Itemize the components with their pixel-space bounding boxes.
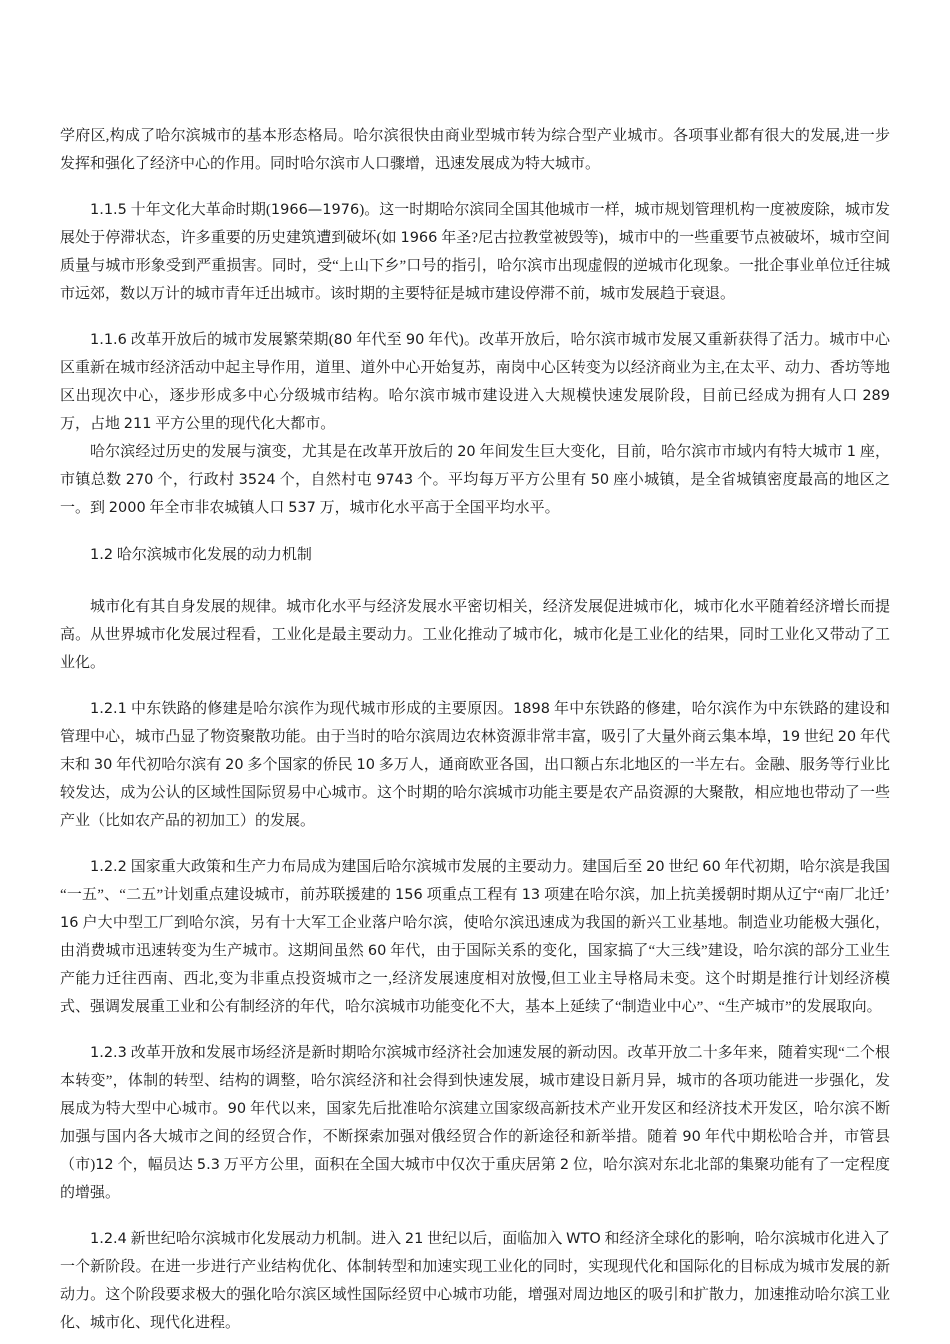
paragraph-1-2-2: 1.2.2 国家重大政策和生产力布局成为建国后哈尔滨城市发展的主要动力。建国后至… — [60, 853, 890, 1021]
paragraph-1-2-4: 1.2.4 新世纪哈尔滨城市化发展动力机制。进入 21 世纪以后，面临加入 WT… — [60, 1225, 890, 1337]
document-page: 学府区,构成了哈尔滨城市的基本形态格局。哈尔滨很快由商业型城市转为综合型产业城市… — [0, 0, 950, 1344]
paragraph-1-1-5: 1.1.5 十年文化大革命时期(1966—1976)。这一时期哈尔滨同全国其他城… — [60, 196, 890, 308]
paragraph-intro-continuation: 学府区,构成了哈尔滨城市的基本形态格局。哈尔滨很快由商业型城市转为综合型产业城市… — [60, 122, 890, 178]
paragraph-harbin-evolution: 哈尔滨经过历史的发展与演变，尤其是在改革开放后的 20 年间发生巨大变化，目前，… — [60, 438, 890, 522]
paragraph-urbanization-law: 城市化有其自身发展的规律。城市化水平与经济发展水平密切相关，经济发展促进城市化，… — [60, 593, 890, 677]
paragraph-1-2-3: 1.2.3 改革开放和发展市场经济是新时期哈尔滨城市经济社会加速发展的新动因。改… — [60, 1039, 890, 1207]
paragraph-1-1-6: 1.1.6 改革开放后的城市发展繁荣期(80 年代至 90 年代)。改革开放后，… — [60, 326, 890, 438]
paragraph-1-2-1: 1.2.1 中东铁路的修建是哈尔滨作为现代城市形成的主要原因。1898 年中东铁… — [60, 695, 890, 835]
section-heading-1-2: 1.2 哈尔滨城市化发展的动力机制 — [60, 541, 890, 569]
